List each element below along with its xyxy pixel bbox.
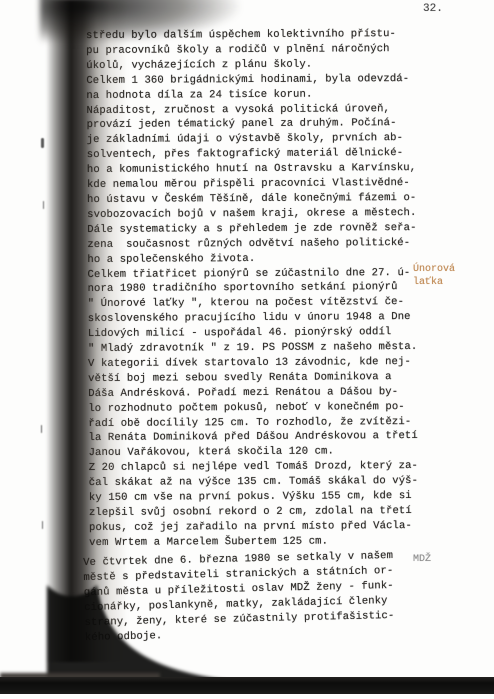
page-edge-specks [41, 138, 44, 148]
margin-note-mdz: MDŽ [413, 553, 431, 566]
page-bottom-edge-shadow [0, 677, 494, 694]
scanned-document-page: 32. středu bylo dalším úspěchem kolektiv… [0, 0, 494, 699]
page-number: 32. [423, 3, 443, 15]
typed-body-text-lower: Ve čtvrtek dne 6. března 1980 se setkaly… [83, 549, 395, 646]
margin-note-unorova-latka: Únorová laťka [413, 263, 455, 289]
page-bottom-edge-thin-shadow [0, 673, 160, 679]
typed-body-text-upper: středu bylo dalším úspěchem kolektivního… [86, 27, 419, 551]
